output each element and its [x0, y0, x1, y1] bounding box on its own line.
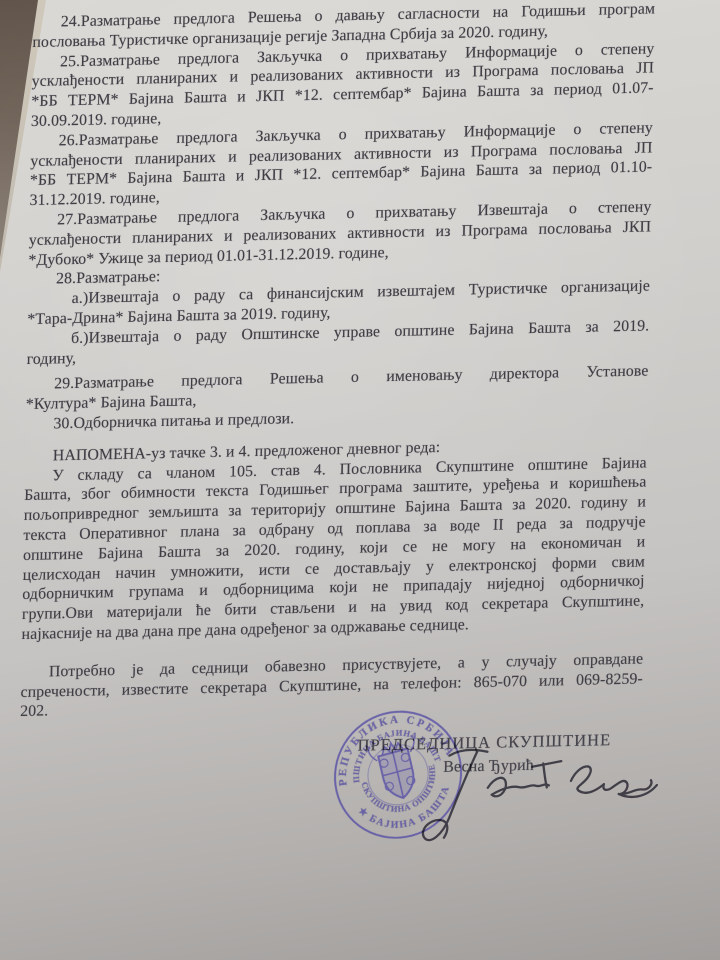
document-content: 24.Разматрање предлога Решења о давању с… [20, 0, 655, 722]
photographed-document: { "document": { "lines": [ {"text":"24.Р… [0, 0, 720, 960]
document-body: 24.Разматрање предлога Решења о давању с… [20, 0, 655, 722]
signature-block: ПРЕДСЕДНИЦА СКУПШТИНЕ Весна Ђурић [16, 689, 642, 933]
